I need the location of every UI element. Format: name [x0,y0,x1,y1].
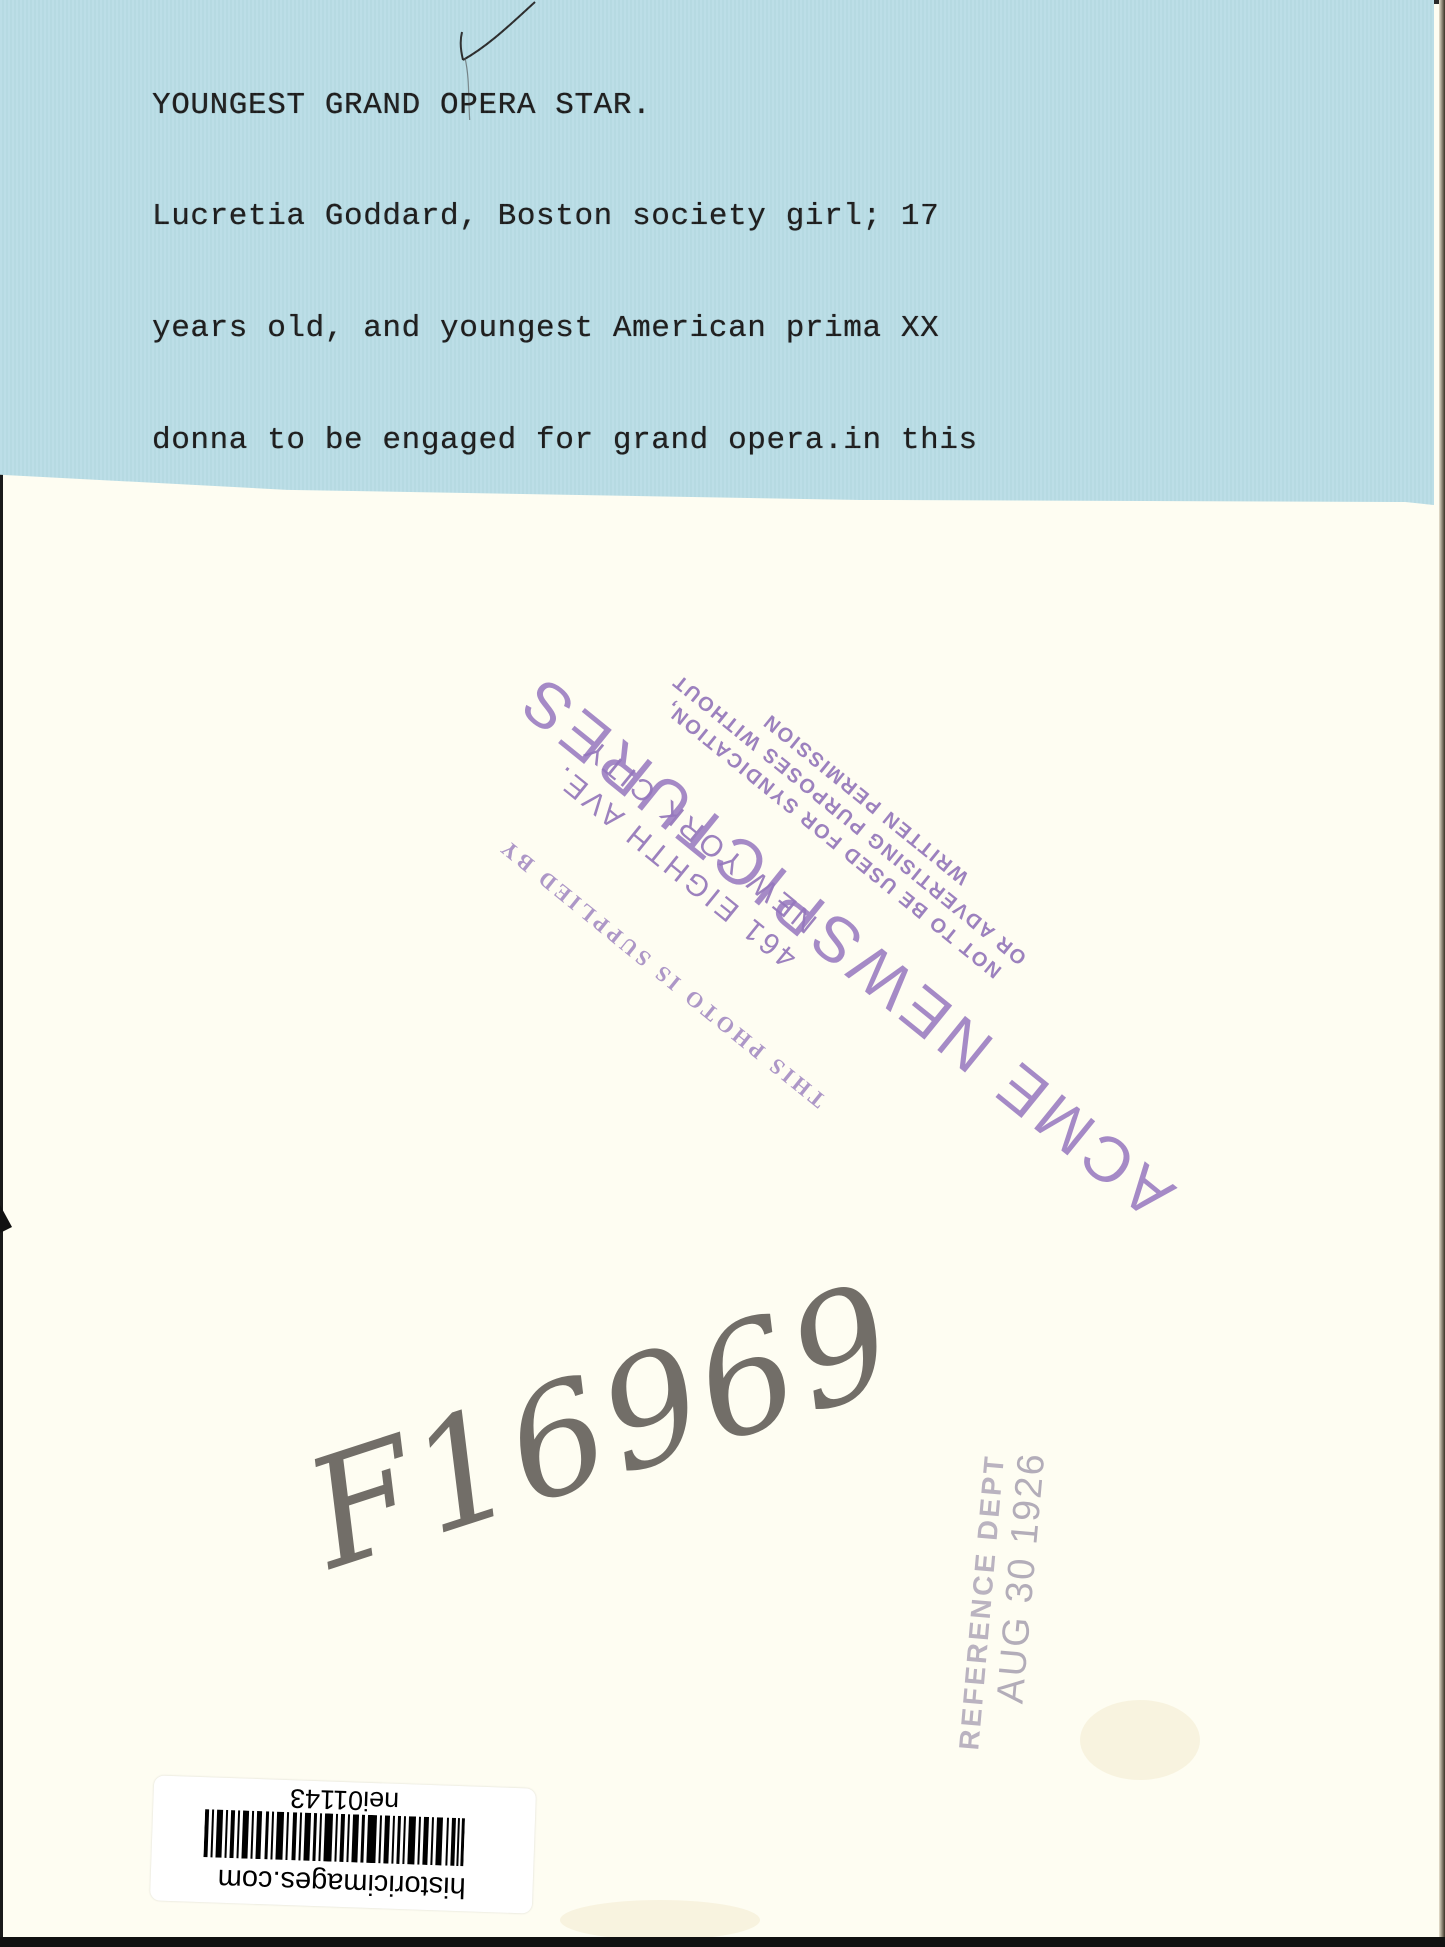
caption-headline: YOUNGEST GRAND OPERA STAR. [152,87,1016,124]
paper-stain [560,1900,760,1940]
caption-slip: 26765. YOUNGEST GRAND OPERA STAR. Lucret… [0,0,1434,505]
caption-line: years old, and youngest American prima X… [152,310,1016,347]
acme-newspictures-stamp: NOT TO BE USED FOR SYNDICATION, OR ADVER… [395,660,995,1200]
left-notch [0,1205,12,1233]
pencil-stroke-icon [420,0,540,120]
caption-line: Lucretia Goddard, Boston society girl; 1… [152,198,1016,235]
right-edge [1439,0,1445,1947]
caption-line: donna to be engaged for grand opera.in t… [152,422,1016,459]
paper-stain [1080,1700,1200,1780]
bottom-edge [0,1937,1445,1947]
barcode-site-text: historicimages.com [150,1859,533,1905]
barcode-label: historicimages.com [150,1775,536,1913]
